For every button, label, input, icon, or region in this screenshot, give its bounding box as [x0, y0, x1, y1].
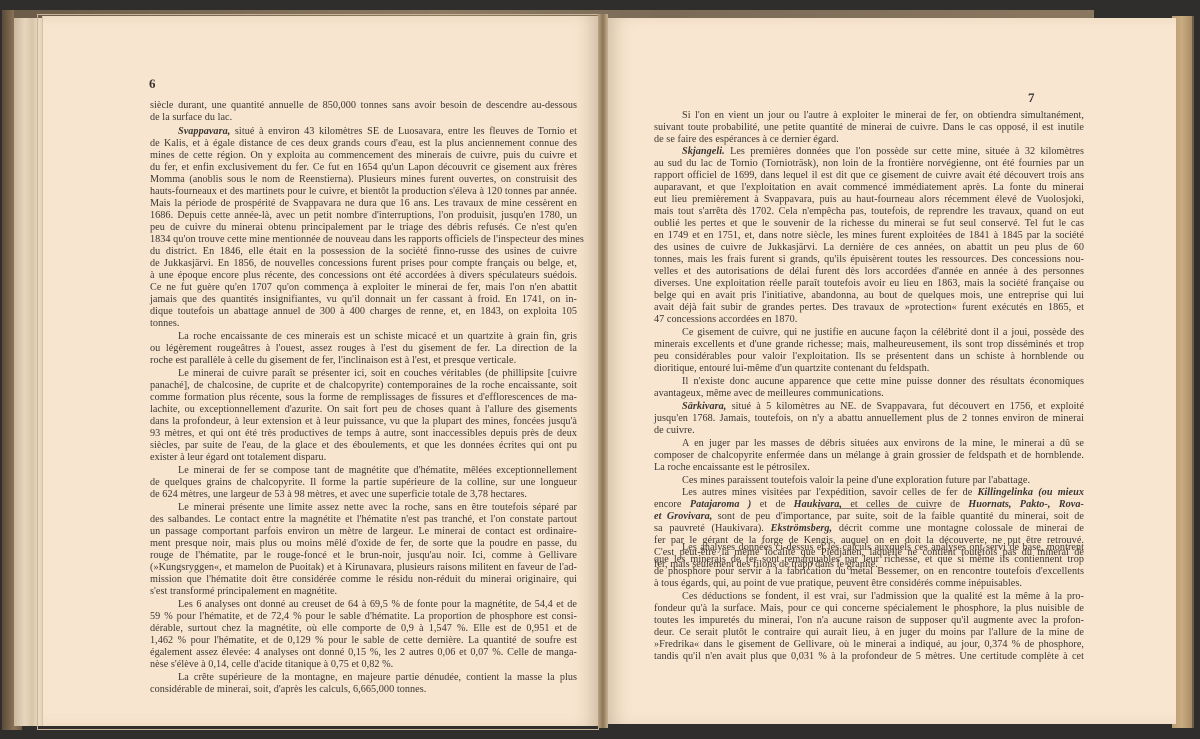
text-span: Le minerai de cuivre paraît se présenter… [178, 368, 577, 379]
text-line: Il n'existe donc aucune apparence que ce… [682, 376, 1084, 388]
place-name: Killingelinka [978, 487, 1034, 498]
text-line: suivant toute probabilité, une petite qu… [654, 122, 1084, 134]
text-span: 1834 qu'on trouve cette mine mentionnée … [150, 234, 584, 245]
text-span: Mais la période de prospérité de Svappav… [150, 198, 577, 209]
text-line: des usines de cuivre de Jukkasjärvi. La … [654, 242, 1084, 254]
text-span: que les minerais de fer sont remarquable… [654, 554, 1084, 565]
text-span: nèse s'élève à 0,14, celle d'acide titan… [150, 659, 393, 670]
text-span: Ce ne fut guère qu'en 1707 qu'on commenç… [150, 282, 577, 293]
text-span: Les analyses données ci-dessus et les ca… [682, 542, 1084, 553]
text-span: La crête supérieure de la montagne, en m… [178, 672, 577, 683]
text-span: Les 6 analyses ont donné au creuset de 6… [178, 599, 577, 610]
text-line: fondeur qu'à la surface. Mais, pour ce q… [654, 603, 1084, 615]
text-span: tonnes. [150, 318, 180, 329]
text-span: belge qui en avait pris l'initiative, ab… [654, 290, 1084, 301]
text-span: encore [654, 499, 681, 510]
text-span: dioritique, entouré lui-même d'un quartz… [654, 363, 929, 374]
text-line: de quelques grains de chalcopyrite. Il f… [150, 477, 577, 489]
book-gutter [598, 14, 608, 728]
text-line: dans la profondeur, à leur extension et … [150, 416, 577, 428]
text-span: du district. En 1846, elle était en la p… [150, 246, 577, 257]
text-line: de cuivre. [654, 425, 1084, 437]
text-span: »Fredrika« dans le gisement de Gellivare… [654, 639, 1084, 650]
text-span: exister à leur égard ont totalement disp… [150, 452, 326, 463]
text-line: auparavant, et que l'exploitation en ava… [654, 182, 1084, 194]
text-line: minerais excellents et d'une grande rich… [654, 339, 1084, 351]
text-span: de Kalis, et à égale distance de ces deu… [150, 138, 577, 149]
text-span: fondeur qu'à la surface. Mais, pour ce q… [654, 603, 1084, 614]
text-line: toutes les impuretés du minerai, l'on n'… [654, 615, 1084, 627]
text-line: eut lieu premièrement à Svappavara, puis… [654, 194, 1084, 206]
text-span: de 624 mètres, une largeur de 53 à 98 mè… [150, 489, 527, 500]
text-span: peu considérables pour valoir l'exploita… [654, 351, 1084, 362]
text-line: La crête supérieure de la montagne, en m… [178, 672, 577, 684]
text-span: panaché], de chalcosine, de cuprite et d… [150, 380, 577, 391]
text-span: tandis qu'il n'en avait plus que 0,031 %… [654, 651, 1084, 662]
text-span: Ces mines paraissent toutefois valoir la… [682, 475, 1030, 486]
text-span: ou légèrement rougeâtres à l'ouest, asse… [150, 343, 577, 354]
text-line: sa pauvreté (Haukivara). Ekströmsberg, d… [654, 523, 1084, 535]
place-name: Skjangeli. [682, 146, 725, 157]
text-line: ment presque noir, mais plus ou moins mê… [150, 538, 577, 550]
page-number-right: 7 [1028, 90, 1035, 106]
text-span: 1,462 % pour l'hématite, et de 0,129 % p… [150, 635, 577, 646]
text-span: du fer, et enfin exclusivement du fer. C… [150, 162, 577, 173]
text-span: Les autres mines visitées par l'expéditi… [682, 487, 972, 498]
text-span: de phosphore pour servir à la fabricatio… [654, 566, 1084, 577]
text-line: rouge de l'hématite, par le rouge-foncé … [150, 550, 577, 562]
text-span: Ce gisement de cuivre, qui ne justifie e… [682, 327, 1084, 338]
text-span: La roche encaissante est le pétrosilex. [654, 462, 810, 473]
text-line: velles et des autorisations de délai fur… [654, 266, 1084, 278]
text-span: Les premières données que l'on possède s… [730, 146, 1084, 157]
text-line: du fer, et enfin exclusivement du fer. C… [150, 162, 577, 174]
text-line: Ces mines paraissent toutefois valoir la… [682, 475, 1084, 487]
text-line: mission que l'hématite doit être considé… [150, 574, 577, 586]
text-line: 59 % pour l'hématite, et de 72,4 % pour … [150, 611, 577, 623]
text-line: Les analyses données ci-dessus et les ca… [682, 542, 1084, 554]
text-span: de cuivre. [654, 425, 695, 436]
page-number-left: 6 [149, 76, 156, 92]
text-span: auparavant, et que l'exploitation en ava… [654, 182, 1084, 193]
left-page: 6 siècle durant, une quantité annuelle d… [42, 16, 599, 726]
text-line: (»Kungsryggen«, et mamelon de Puoitak) e… [150, 562, 577, 574]
text-line: jamais que des quantités insignifiantes,… [150, 294, 577, 306]
text-line: Momma (anoblis sous le nom de Reenstiern… [150, 174, 577, 186]
place-name: Patajaroma [690, 499, 740, 510]
text-line: dique toutefois un abattage annuel de 30… [150, 306, 577, 318]
text-span: et de [760, 499, 786, 510]
text-span: avait déjà fait subir de grandes pertes.… [654, 302, 1084, 313]
text-line: en 1749 et en 1751, et, dans notre siècl… [654, 230, 1084, 242]
text-span: Le minerai de fer se compose tant de mag… [178, 465, 577, 476]
place-name: (ou mieux [1038, 487, 1084, 498]
text-span: oublié les pertes et que le souvenir de … [654, 218, 1084, 229]
text-line: peu considérables pour valoir l'exploita… [654, 351, 1084, 363]
text-line: panaché], de chalcosine, de cuprite et d… [150, 380, 577, 392]
text-line: Ce ne fut guère qu'en 1707 qu'on commenç… [150, 282, 577, 294]
text-line: deur. Ce serait plutôt le contraire qui … [654, 627, 1084, 639]
text-span: à une époque encore plus récente, des co… [150, 270, 577, 281]
text-span: mais tout s'arrêta dès 1702. Cela n'empê… [654, 206, 1084, 217]
text-span: rapport officiel de 1699, dans lequel il… [654, 170, 1084, 181]
text-span: comme formation plus récente, sous la fo… [150, 392, 577, 403]
text-span: dans la profondeur, à leur extension et … [150, 416, 577, 427]
text-line: La roche encaissante est le pétrosilex. [654, 462, 1084, 474]
text-span: sont de peu d'importance, par suite, soi… [718, 511, 1084, 522]
text-span: de la surface du lac. [150, 112, 232, 123]
text-span: siècles, par suite de l'eau, de la glace… [150, 440, 577, 451]
text-line: considérable de minerai, soit, d'après l… [150, 684, 577, 696]
text-span: Momma (anoblis sous le nom de Reenstiern… [150, 174, 577, 185]
text-line: Mais la période de prospérité de Svappav… [150, 198, 577, 210]
text-line: 47 concessions accordées en 1870. [654, 314, 1084, 326]
text-span: toutes les impuretés du minerai, l'on n'… [654, 615, 1084, 626]
text-line: nèse s'élève à 0,14, celle d'acide titan… [150, 659, 577, 671]
text-span: velles et des autorisations de délai fur… [654, 266, 1084, 277]
text-span: A en juger par les masses de débris situ… [682, 438, 1084, 449]
text-line: 1686. Depuis cette année-là, avec un pet… [150, 210, 577, 222]
text-line: siècle durant, une quantité annuelle de … [150, 100, 577, 112]
text-span: lachite, ou exceptionnellement d'azurite… [150, 404, 577, 415]
text-line: Le minerai de cuivre paraît se présenter… [178, 368, 577, 380]
text-span: eut lieu premièrement à Svappavara, puis… [654, 194, 1084, 205]
text-span: de quelques grains de chalcopyrite. Il f… [150, 477, 577, 488]
text-line: de 624 mètres, une largeur de 53 à 98 mè… [150, 489, 577, 501]
text-span: (»Kungsryggen«, et mamelon de Puoitak) e… [150, 562, 577, 573]
text-line: Si l'on en vient un jour ou l'autre à ex… [682, 110, 1084, 122]
text-span: deur. Ce serait plutôt le contraire qui … [654, 627, 1084, 638]
right-page: 7 Si l'on en vient un jour ou l'autre à … [608, 18, 1176, 724]
text-line: siècles, par suite de l'eau, de la glace… [150, 440, 577, 452]
text-line: de phosphore pour servir à la fabricatio… [654, 566, 1084, 578]
text-span: situé à environ 43 kilomètres SE de Luos… [235, 126, 577, 137]
place-name: Ekströmsberg, [771, 523, 833, 534]
text-line: de Kalis, et à égale distance de ces deu… [150, 138, 577, 150]
text-line: Le minerai de fer se compose tant de mag… [178, 465, 577, 477]
text-line: ou légèrement rougeâtres à l'ouest, asse… [150, 343, 577, 355]
text-line: »Fredrika« dans le gisement de Gellivare… [654, 639, 1084, 651]
text-line: Le minerai présente une limite assez net… [178, 502, 577, 514]
text-span: sa pauvreté (Haukivara). [654, 523, 764, 534]
text-line: Ces déductions se fondent, il est vrai, … [682, 591, 1084, 603]
text-line: dioritique, entouré lui-même d'un quartz… [654, 363, 1084, 375]
text-span: Ces déductions se fondent, il est vrai, … [682, 591, 1084, 602]
text-span: tonnes, mais les frais furent si grands,… [654, 254, 1084, 265]
text-span: La roche encaissante de ces minerais est… [178, 331, 577, 342]
text-span: considérable de minerai, soit, d'après l… [150, 684, 426, 695]
text-span: 93 mètres, et qui ont été très productiv… [150, 428, 577, 439]
text-line: belge qui en avait pris l'initiative, ab… [654, 290, 1084, 302]
text-line: Les autres mines visitées par l'expéditi… [682, 487, 1084, 499]
text-line: exister à leur égard ont totalement disp… [150, 452, 577, 464]
text-span: dique toutefois un abattage annuel de 30… [150, 306, 577, 317]
text-span: mines de cette région. On y exploita au … [150, 150, 577, 161]
text-span: roche est parallèle à celle du gisement … [150, 355, 516, 366]
text-line: avait déjà fait subir de grandes pertes.… [654, 302, 1084, 314]
text-line: et Grovivara, sont de peu d'importance, … [654, 511, 1084, 523]
text-line: également assez élevée: 4 analyses ont d… [150, 647, 577, 659]
place-name: ) [748, 499, 751, 510]
text-line: un passage comportant parfois environ un… [150, 526, 577, 538]
text-span: de Jukkasjärvi. En 1856, de nouvelles co… [150, 258, 577, 269]
text-span: en 1749 et en 1751, et, dans notre siècl… [654, 230, 1084, 241]
text-line: mines de cette région. On y exploita au … [150, 150, 577, 162]
text-line: La roche encaissante de ces minerais est… [178, 331, 577, 343]
text-line: Les 6 analyses ont donné au creuset de 6… [178, 599, 577, 611]
text-line: mais tout s'arrêta dès 1702. Cela n'empê… [654, 206, 1084, 218]
place-name: Särkivara, [682, 401, 726, 412]
text-line: que les minerais de fer sont remarquable… [654, 554, 1084, 566]
text-span: 47 concessions accordées en 1870. [654, 314, 797, 325]
text-span: Le minerai présente une limite assez net… [178, 502, 577, 513]
text-span: 1686. Depuis cette année-là, avec un pet… [150, 210, 577, 221]
text-span: des usines de cuivre de Jukkasjärvi. La … [654, 242, 1084, 253]
text-span: composer de chalcopyrite enfermée dans u… [654, 450, 1084, 461]
text-span: jusqu'en 1768. Jamais, toutefois, on n'y… [654, 413, 1084, 424]
text-line: Särkivara, situé à 5 kilomètres au NE. d… [682, 401, 1084, 413]
text-line: lachite, ou exceptionnellement d'azurite… [150, 404, 577, 416]
text-span: suivant toute probabilité, une petite qu… [654, 122, 1084, 133]
text-line: hauts-fourneaux et des martinets pour le… [150, 186, 577, 198]
text-span: hauts-fourneaux et des martinets pour le… [150, 186, 577, 197]
text-line: avantageux, même avec de meilleures comm… [654, 388, 1084, 400]
text-line: tonnes, mais les frais furent si grands,… [654, 254, 1084, 266]
place-name: Svappavara, [178, 126, 230, 137]
place-name: Grovivara, [667, 511, 713, 522]
text-span: diverses. Une exploitation réelle paraît… [654, 278, 1084, 289]
text-line: Svappavara, situé à environ 43 kilomètre… [178, 126, 577, 138]
text-line: A en juger par les masses de débris situ… [682, 438, 1084, 450]
text-line: tandis qu'il n'en avait plus que 0,031 %… [654, 651, 1084, 663]
text-line: Skjangeli. Les premières données que l'o… [682, 146, 1084, 158]
text-span: dérable, surtout chez la magnétite, où e… [150, 623, 577, 634]
text-span: peu de cuivre du minerai obtenu principa… [150, 222, 577, 233]
text-line: de la surface du lac. [150, 112, 577, 124]
text-span: ment presque noir, mais plus ou moins mê… [150, 538, 577, 549]
text-line: 1834 qu'on trouve cette mine mentionnée … [150, 234, 577, 246]
text-span: rouge de l'hématite, par le rouge-foncé … [150, 550, 577, 561]
text-span: un passage comportant parfois environ un… [150, 526, 577, 537]
section-divider [818, 508, 936, 509]
text-span: à tous égards, qui, au point de vue prat… [654, 578, 1022, 589]
text-line: à une époque encore plus récente, des co… [150, 270, 577, 282]
text-span: Si l'on en vient un jour ou l'autre à ex… [682, 110, 1084, 121]
place-name: Huornats, Pakto-, Rova- [968, 499, 1084, 510]
text-span: siècle durant, une quantité annuelle de … [150, 100, 577, 111]
text-span: 59 % pour l'hématite, et de 72,4 % pour … [150, 611, 577, 622]
text-span: situé à 5 kilomètres au NE. de Svappavar… [732, 401, 1084, 412]
text-span: de se faire des espérances à ce dernier … [654, 134, 839, 145]
text-line: composer de chalcopyrite enfermée dans u… [654, 450, 1084, 462]
text-line: s'est transformé principalement en magné… [150, 586, 577, 598]
text-line: de se faire des espérances à ce dernier … [654, 134, 1084, 146]
text-span: jamais que des quantités insignifiantes,… [150, 294, 577, 305]
text-line: encore Patajaroma ) et de Haukivara, et … [654, 499, 1084, 511]
text-line: 1,462 % pour l'hématite, et de 0,129 % p… [150, 635, 577, 647]
text-line: rapport officiel de 1699, dans lequel il… [654, 170, 1084, 182]
text-span: au sud du lac de Tornio (Tornioträsk), n… [654, 158, 1084, 169]
text-line: roche est parallèle à celle du gisement … [150, 355, 577, 367]
text-line: tonnes. [150, 318, 577, 330]
text-line: diverses. Une exploitation réelle paraît… [654, 278, 1084, 290]
text-line: comme formation plus récente, sous la fo… [150, 392, 577, 404]
text-line: à tous égards, qui, au point de vue prat… [654, 578, 1084, 590]
text-line: de Jukkasjärvi. En 1856, de nouvelles co… [150, 258, 577, 270]
text-span: minerais excellents et d'une grande rich… [654, 339, 1084, 350]
text-line: des salbandes. Le contact entre la magné… [150, 514, 577, 526]
text-span: décrit comme une montagne colossale de m… [839, 523, 1084, 534]
text-span: mission que l'hématite doit être considé… [150, 574, 577, 585]
text-line: 93 mètres, et qui ont été très productiv… [150, 428, 577, 440]
text-line: peu de cuivre du minerai obtenu principa… [150, 222, 577, 234]
text-line: jusqu'en 1768. Jamais, toutefois, on n'y… [654, 413, 1084, 425]
text-span: des salbandes. Le contact entre la magné… [150, 514, 577, 525]
text-line: Ce gisement de cuivre, qui ne justifie e… [682, 327, 1084, 339]
text-line: du district. En 1846, elle était en la p… [150, 246, 577, 258]
text-span: Il n'existe donc aucune apparence que ce… [682, 376, 1084, 387]
text-line: dérable, surtout chez la magnétite, où e… [150, 623, 577, 635]
text-span: s'est transformé principalement en magné… [150, 586, 337, 597]
text-span: également assez élevée: 4 analyses ont d… [150, 647, 577, 658]
text-span: avantageux, même avec de meilleures comm… [654, 388, 884, 399]
text-line: oublié les pertes et que le souvenir de … [654, 218, 1084, 230]
place-name: et [654, 511, 661, 522]
text-line: au sud du lac de Tornio (Tornioträsk), n… [654, 158, 1084, 170]
